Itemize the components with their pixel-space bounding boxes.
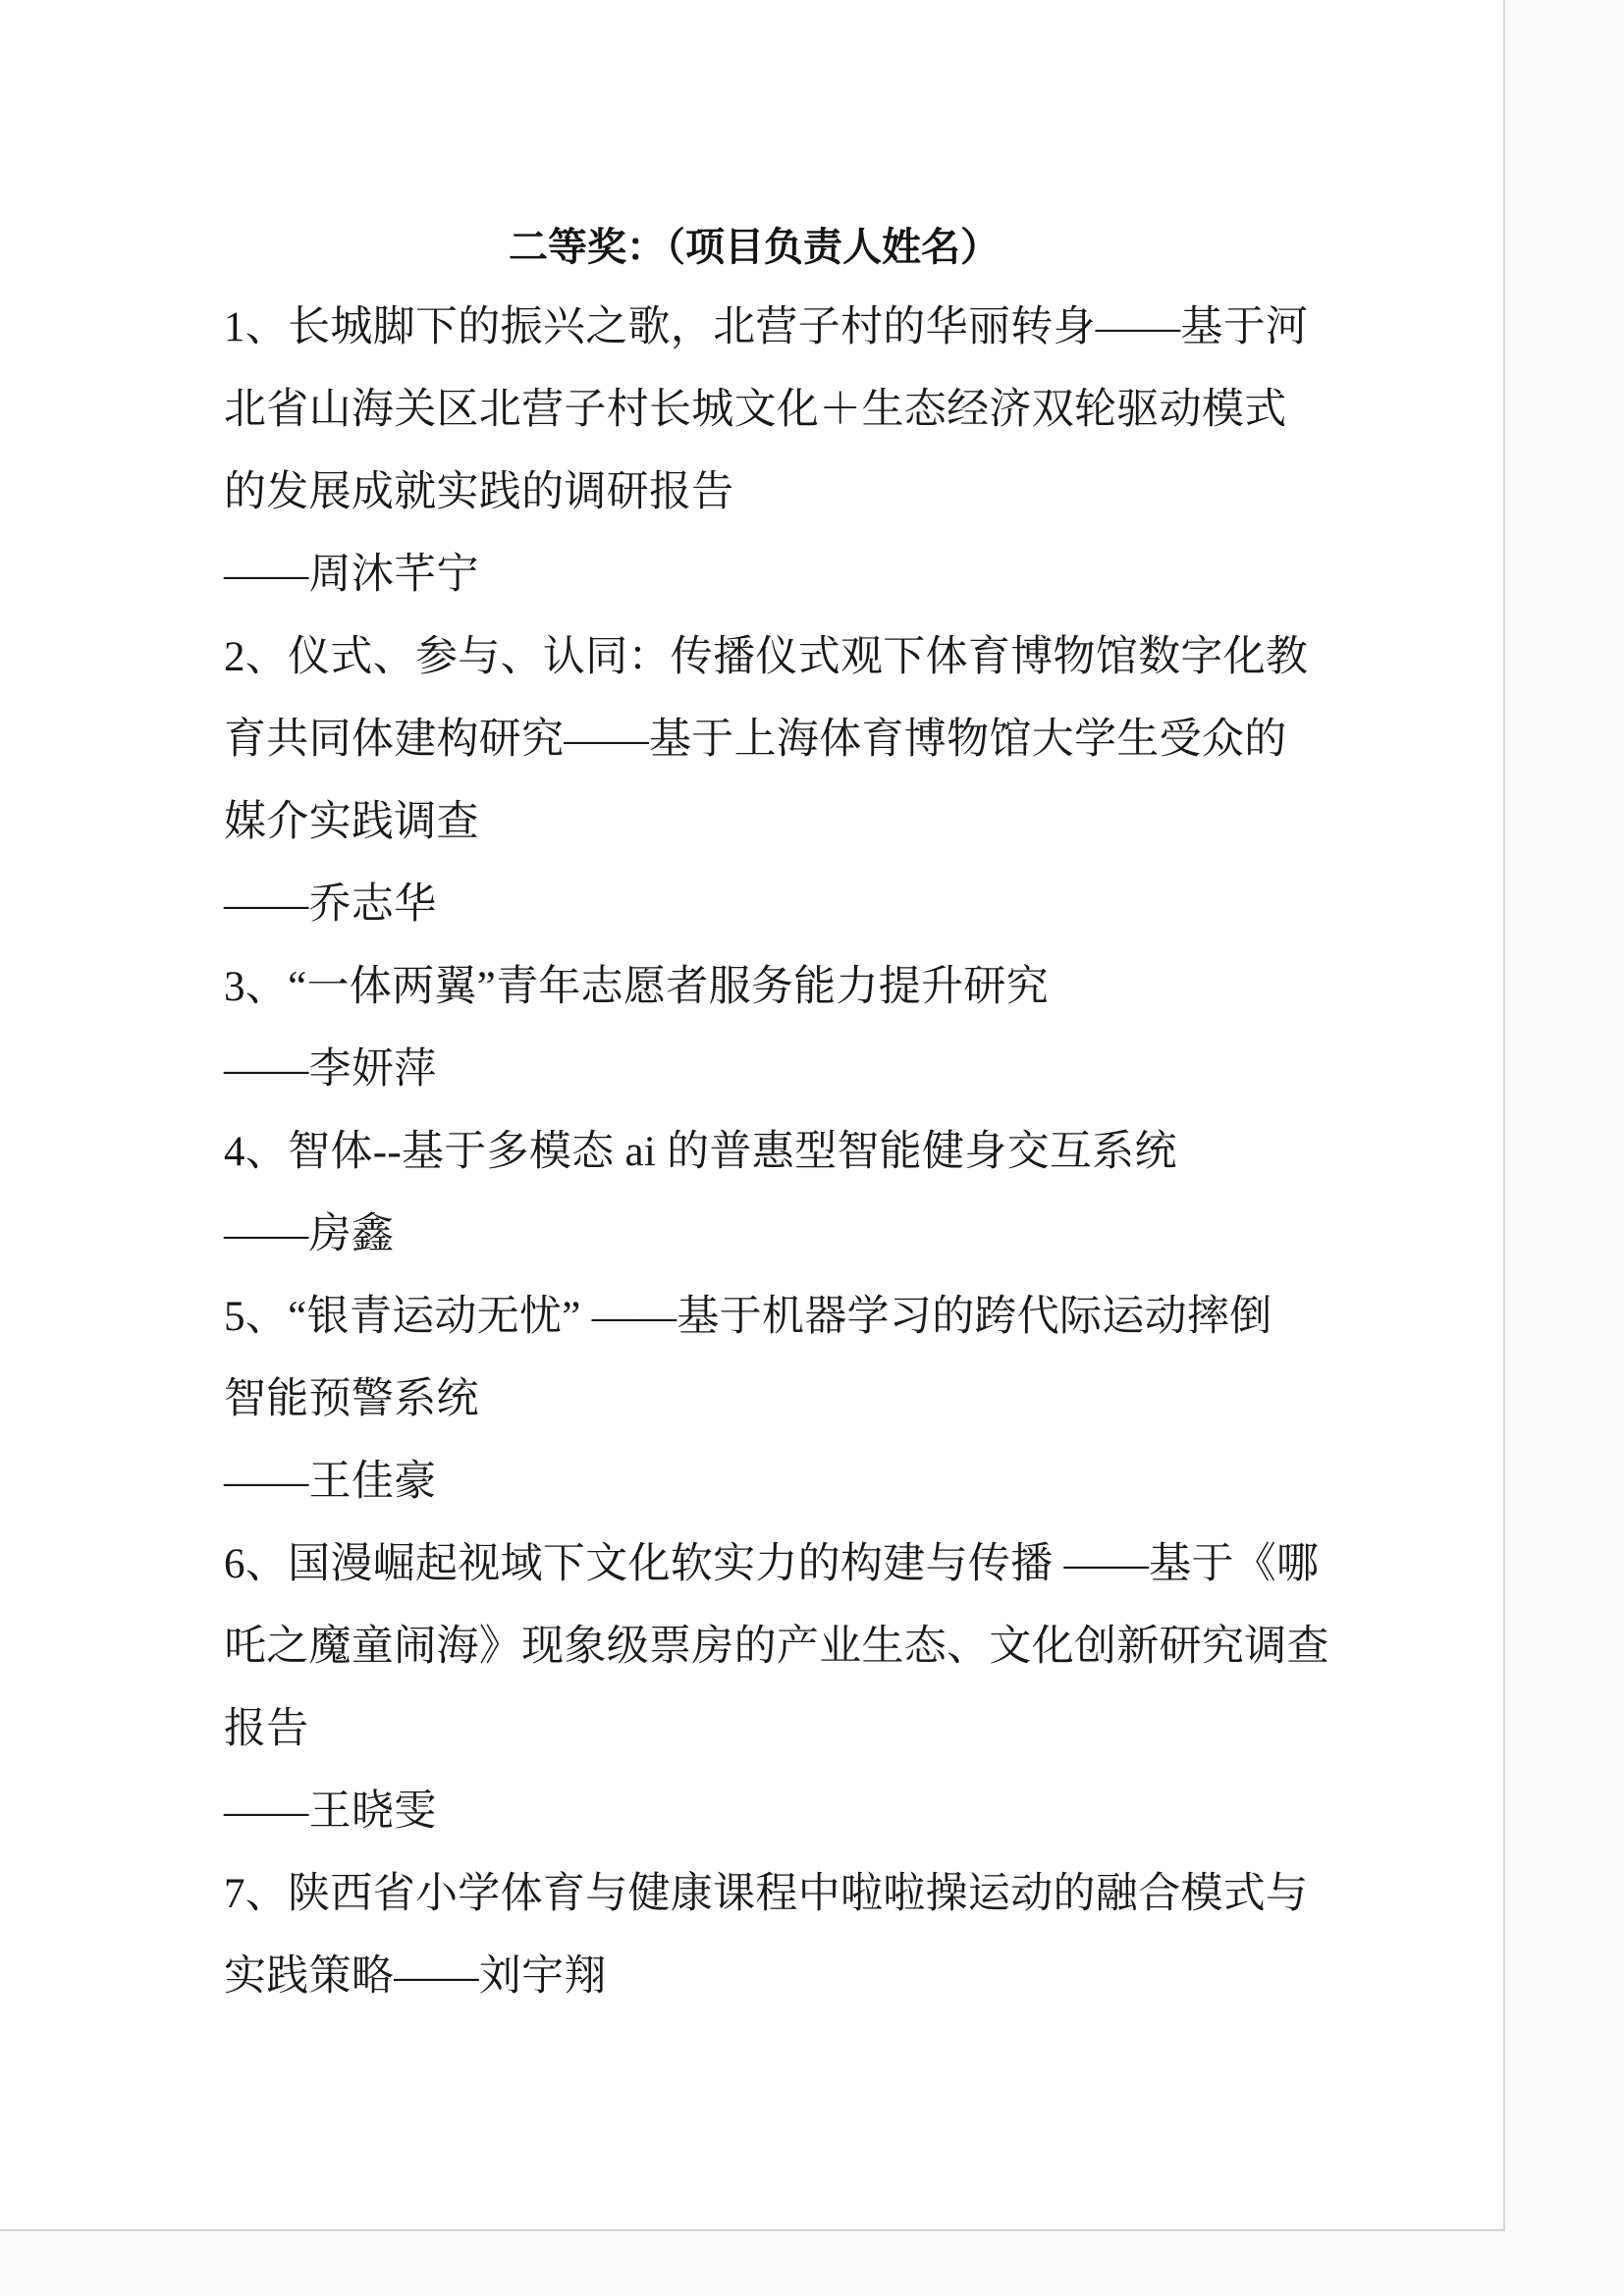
- award-line: 的发展成就实践的调研报告: [224, 452, 1461, 534]
- award-leader-line: ——乔志华: [224, 864, 1461, 946]
- scanned-document: { "document": { "heading": "二等奖：（项目负责人姓名…: [0, 0, 1624, 2296]
- award-line: 5、“银青运动无忧” ——基于机器学习的跨代际运动摔倒: [224, 1276, 1461, 1359]
- award-line: 北省山海关区北营子村长城文化＋生态经济双轮驱动模式: [224, 369, 1461, 452]
- award-line: 6、国漫崛起视域下文化软实力的构建与传播 ——基于《哪: [224, 1523, 1461, 1606]
- award-item-6: 6、国漫崛起视域下文化软实力的构建与传播 ——基于《哪 吒之魔童闹海》现象级票房…: [224, 1523, 1461, 1853]
- award-leader-line: ——房鑫: [224, 1194, 1461, 1276]
- award-line: 媒介实践调查: [224, 781, 1461, 864]
- award-line: 1、长城脚下的振兴之歌，北营子村的华丽转身——基于河: [224, 287, 1461, 369]
- award-line: 吒之魔童闹海》现象级票房的产业生态、文化创新研究调查: [224, 1606, 1461, 1688]
- award-line: 报告: [224, 1688, 1461, 1771]
- award-line: 智能预警系统: [224, 1359, 1461, 1441]
- award-leader-line: ——王晓雯: [224, 1771, 1461, 1853]
- award-line: 3、“一体两翼”青年志愿者服务能力提升研究: [224, 946, 1461, 1029]
- award-leader-line: ——李妍萍: [224, 1029, 1461, 1111]
- award-item-5: 5、“银青运动无忧” ——基于机器学习的跨代际运动摔倒 智能预警系统 ——王佳豪: [224, 1276, 1461, 1523]
- document-page: 二等奖：（项目负责人姓名） 1、长城脚下的振兴之歌，北营子村的华丽转身——基于河…: [0, 0, 1505, 2231]
- award-leader-line: ——王佳豪: [224, 1441, 1461, 1523]
- award-item-4: 4、智体--基于多模态 ai 的普惠型智能健身交互系统 ——房鑫: [224, 1111, 1461, 1276]
- award-line: 育共同体建构研究——基于上海体育博物馆大学生受众的: [224, 699, 1461, 781]
- page-title: 二等奖：（项目负责人姓名）: [509, 224, 1000, 271]
- award-item-7: 7、陕西省小学体育与健康课程中啦啦操运动的融合模式与 实践策略——刘宇翔: [224, 1853, 1461, 2018]
- award-line: 7、陕西省小学体育与健康课程中啦啦操运动的融合模式与: [224, 1853, 1461, 1936]
- award-line: 2、仪式、参与、认同：传播仪式观下体育博物馆数字化教: [224, 616, 1461, 699]
- award-item-1: 1、长城脚下的振兴之歌，北营子村的华丽转身——基于河 北省山海关区北营子村长城文…: [224, 287, 1461, 616]
- award-leader-line: ——周沐芊宁: [224, 534, 1461, 616]
- award-line: 4、智体--基于多模态 ai 的普惠型智能健身交互系统: [224, 1111, 1461, 1194]
- award-list: 1、长城脚下的振兴之歌，北营子村的华丽转身——基于河 北省山海关区北营子村长城文…: [224, 287, 1461, 2018]
- award-leader-line: 实践策略——刘宇翔: [224, 1936, 1461, 2018]
- award-item-3: 3、“一体两翼”青年志愿者服务能力提升研究 ——李妍萍: [224, 946, 1461, 1111]
- award-item-2: 2、仪式、参与、认同：传播仪式观下体育博物馆数字化教 育共同体建构研究——基于上…: [224, 616, 1461, 946]
